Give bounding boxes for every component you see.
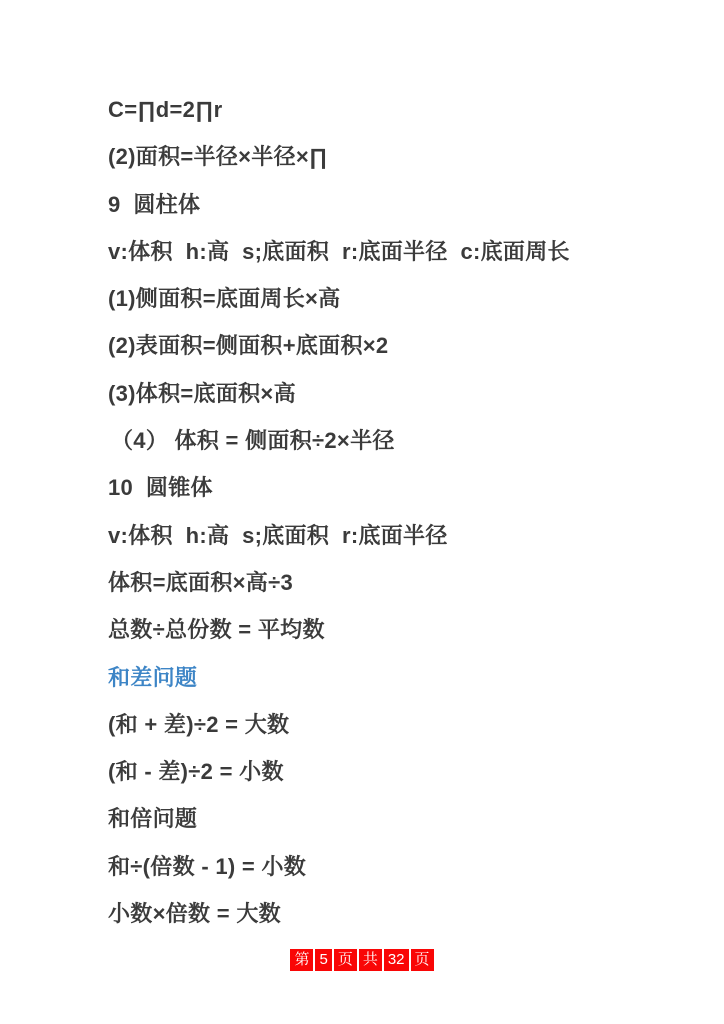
footer-segment: 页 bbox=[411, 949, 434, 971]
formula-line: (3)体积=底面积×高 bbox=[108, 382, 684, 405]
footer-page-number: 5 bbox=[315, 949, 331, 971]
formula-line: (2)面积=半径×半径×∏ bbox=[108, 145, 684, 168]
footer-segment: 第 bbox=[290, 949, 313, 971]
section-heading-cone: 10 圆锥体 bbox=[108, 476, 684, 499]
formula-line: v:体积 h:高 s;底面积 r:底面半径 bbox=[108, 524, 684, 547]
formula-line: (和 + 差)÷2 = 大数 bbox=[108, 713, 684, 736]
footer-segment: 共 bbox=[359, 949, 382, 971]
footer-segment: 页 bbox=[334, 949, 357, 971]
formula-line: (和 - 差)÷2 = 小数 bbox=[108, 760, 684, 783]
page-footer: 第 5 页 共 32 页 bbox=[0, 949, 724, 971]
section-heading-sum-multiple: 和倍问题 bbox=[108, 807, 684, 830]
formula-line: (2)表面积=侧面积+底面积×2 bbox=[108, 334, 684, 357]
formula-line: C=∏d=2∏r bbox=[108, 98, 684, 121]
formula-line: （4） 体积 = 侧面积÷2×半径 bbox=[108, 429, 684, 452]
section-heading-sum-difference: 和差问题 bbox=[108, 666, 684, 689]
formula-line: v:体积 h:高 s;底面积 r:底面半径 c:底面周长 bbox=[108, 240, 684, 263]
section-heading-cylinder: 9 圆柱体 bbox=[108, 193, 684, 216]
document-page: C=∏d=2∏r (2)面积=半径×半径×∏ 9 圆柱体 v:体积 h:高 s;… bbox=[0, 0, 724, 1024]
formula-line: 小数×倍数 = 大数 bbox=[108, 902, 684, 925]
formula-list: C=∏d=2∏r (2)面积=半径×半径×∏ 9 圆柱体 v:体积 h:高 s;… bbox=[0, 0, 724, 925]
formula-line: 和÷(倍数 - 1) = 小数 bbox=[108, 855, 684, 878]
footer-total-pages: 32 bbox=[384, 949, 409, 971]
formula-line: 体积=底面积×高÷3 bbox=[108, 571, 684, 594]
formula-line: (1)侧面积=底面周长×高 bbox=[108, 287, 684, 310]
formula-line: 总数÷总份数 = 平均数 bbox=[108, 618, 684, 641]
